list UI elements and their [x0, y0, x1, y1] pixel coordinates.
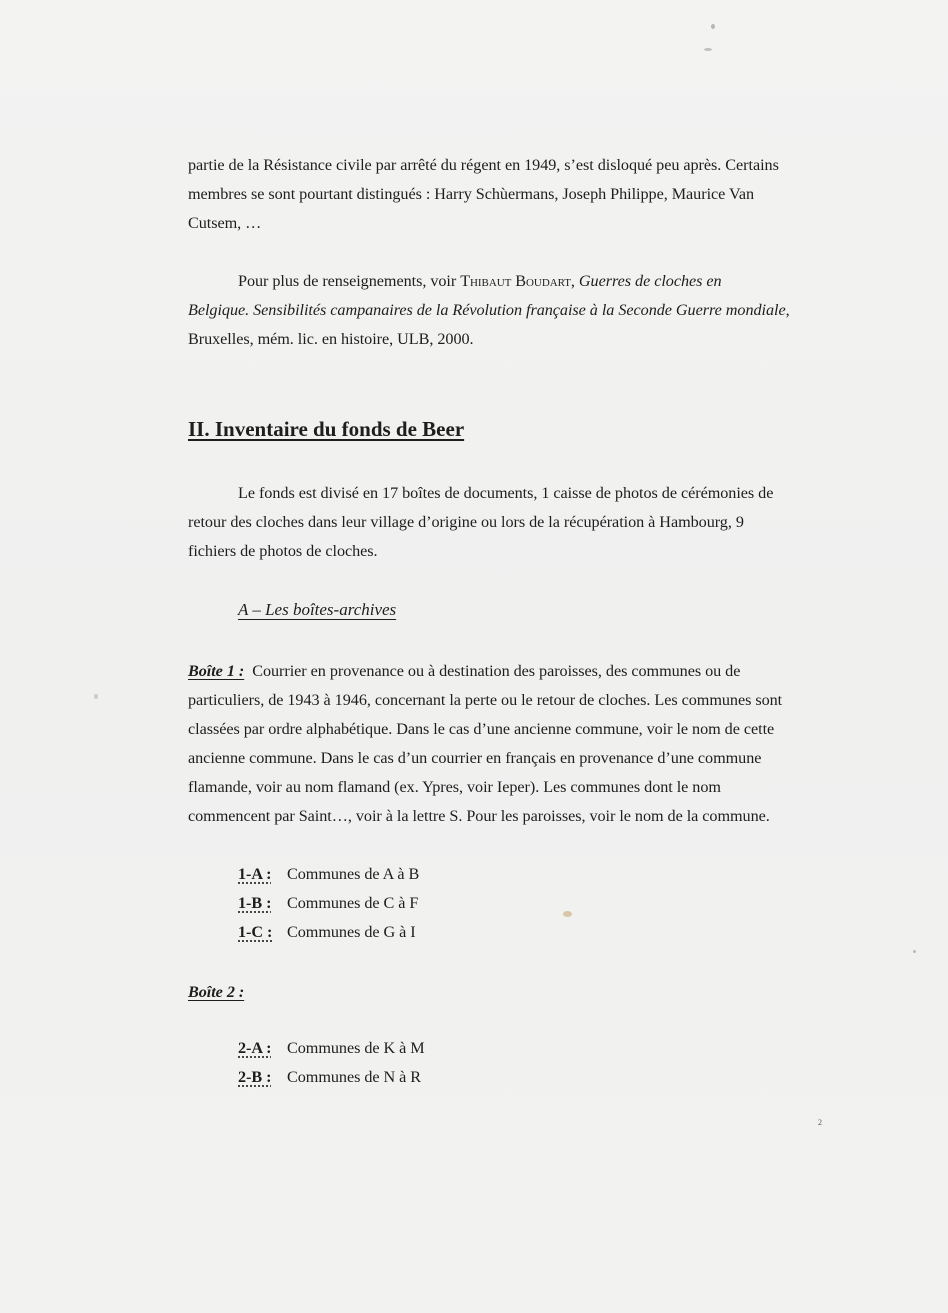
item-code: 2-A :: [238, 1038, 287, 1058]
item-code: 1-C :: [238, 922, 287, 942]
item-code: 1-A :: [238, 864, 287, 884]
box-2-item-b: 2-B :Communes de N à R: [238, 1067, 421, 1087]
intro-line-2: membres se sont pourtant distingués : Ha…: [188, 184, 754, 204]
section-intro-line-2: retour des cloches dans leur village d’o…: [188, 512, 744, 532]
section-heading: II. Inventaire du fonds de Beer: [188, 417, 464, 442]
intro-line-1: partie de la Résistance civile par arrêt…: [188, 155, 779, 175]
item-text: Communes de C à F: [287, 894, 418, 912]
box-1-description-3: classées par ordre alphabétique. Dans le…: [188, 719, 774, 739]
reference-line-3: Bruxelles, mém. lic. en histoire, ULB, 2…: [188, 329, 474, 349]
box-1-description-5: flamande, voir au nom flamand (ex. Ypres…: [188, 777, 721, 797]
box-1-item-c: 1-C :Communes de G à I: [238, 922, 416, 942]
reference-line-2: Belgique. Sensibilités campanaires de la…: [188, 300, 790, 320]
page-number: 2: [818, 1118, 822, 1127]
box-1-label: Boîte 1 :: [188, 662, 244, 680]
item-code: 2-B :: [238, 1067, 287, 1087]
reference-title-part-2: Belgique. Sensibilités campanaires de la…: [188, 301, 786, 319]
section-intro-line-3: fichiers de photos de cloches.: [188, 541, 378, 561]
reference-separator: ,: [571, 272, 579, 290]
item-code: 1-B :: [238, 893, 287, 913]
scanned-page: partie de la Résistance civile par arrêt…: [0, 0, 948, 1313]
box-1-item-b: 1-B :Communes de C à F: [238, 893, 418, 913]
subsection-heading: A – Les boîtes-archives: [238, 600, 396, 620]
box-1-description-6: commencent par Saint…, voir à la lettre …: [188, 806, 770, 826]
item-text: Communes de N à R: [287, 1068, 421, 1086]
box-1-description-2: particuliers, de 1943 à 1946, concernant…: [188, 690, 782, 710]
item-text: Communes de K à M: [287, 1039, 425, 1057]
reference-prefix: Pour plus de renseignements, voir: [238, 272, 460, 290]
reference-comma: ,: [786, 301, 790, 319]
reference-line-1: Pour plus de renseignements, voir Thibau…: [238, 271, 722, 291]
reference-author: Thibaut Boudart: [460, 272, 571, 290]
box-1-line-1: Boîte 1 : Courrier en provenance ou à de…: [188, 661, 740, 681]
item-text: Communes de A à B: [287, 865, 419, 883]
item-text: Communes de G à I: [287, 923, 416, 941]
scan-speck: [913, 950, 916, 953]
scan-speck: [94, 694, 98, 699]
box-1-description-1: Courrier en provenance ou à destination …: [252, 662, 740, 680]
section-intro-line-1: Le fonds est divisé en 17 boîtes de docu…: [238, 483, 773, 503]
box-2-label: Boîte 2 :: [188, 983, 244, 1001]
box-1-item-a: 1-A :Communes de A à B: [238, 864, 419, 884]
scan-speck: [711, 24, 715, 29]
scan-speck: [563, 911, 572, 917]
box-1-description-4: ancienne commune. Dans le cas d’un courr…: [188, 748, 761, 768]
box-2-item-a: 2-A :Communes de K à M: [238, 1038, 425, 1058]
box-2-line: Boîte 2 :: [188, 982, 244, 1002]
intro-line-3: Cutsem, …: [188, 213, 261, 233]
reference-title-part-1: Guerres de cloches en: [579, 272, 722, 290]
scan-speck: [704, 48, 712, 51]
